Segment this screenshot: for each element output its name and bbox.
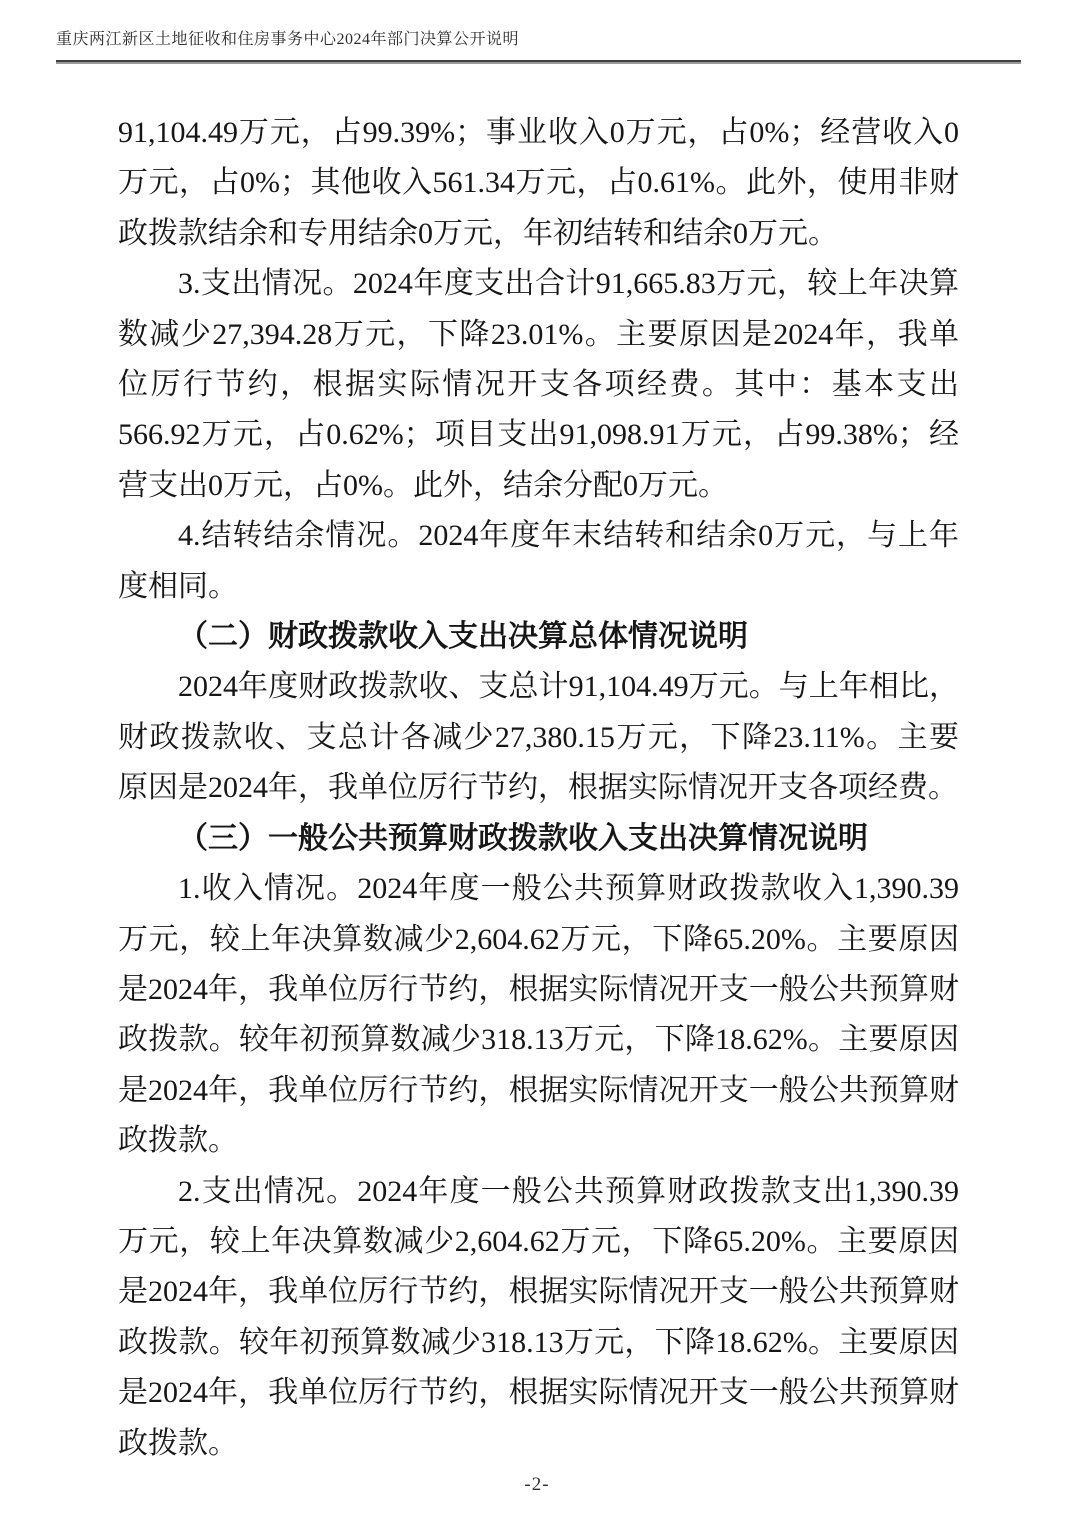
paragraph-general-budget-expenditure: 2.支出情况。2024年度一般公共预算财政拨款支出1,390.39万元，较上年决…: [118, 1167, 959, 1469]
section-heading-fiscal-appropriation: （二）财政拨款收入支出决算总体情况说明: [118, 612, 959, 662]
paragraph-income-continuation: 91,104.49万元，占99.39%；事业收入0万元，占0%；经营收入0万元，…: [118, 108, 959, 259]
header-title: 重庆两江新区土地征收和住房事务中心2024年部门决算公开说明: [56, 30, 1021, 50]
paragraph-carryover-overview: 4.结转结余情况。2024年度年末结转和结余0万元，与上年度相同。: [118, 511, 959, 612]
document-body: 91,104.49万元，占99.39%；事业收入0万元，占0%；经营收入0万元，…: [118, 108, 959, 1469]
section-heading-general-public-budget: （三）一般公共预算财政拨款收入支出决算情况说明: [118, 814, 959, 864]
page-footer: -2-: [0, 1474, 1074, 1496]
page-number: -2-: [524, 1474, 549, 1495]
page-header: 重庆两江新区土地征收和住房事务中心2024年部门决算公开说明: [56, 30, 1021, 64]
paragraph-expenditure-overview: 3.支出情况。2024年度支出合计91,665.83万元，较上年决算数减少27,…: [118, 259, 959, 511]
header-rule: [56, 60, 1021, 64]
document-page: 重庆两江新区土地征收和住房事务中心2024年部门决算公开说明 91,104.49…: [0, 0, 1074, 1520]
paragraph-fiscal-appropriation-total: 2024年度财政拨款收、支总计91,104.49万元。与上年相比，财政拨款收、支…: [118, 662, 959, 813]
paragraph-general-budget-income: 1.收入情况。2024年度一般公共预算财政拨款收入1,390.39万元，较上年决…: [118, 864, 959, 1166]
